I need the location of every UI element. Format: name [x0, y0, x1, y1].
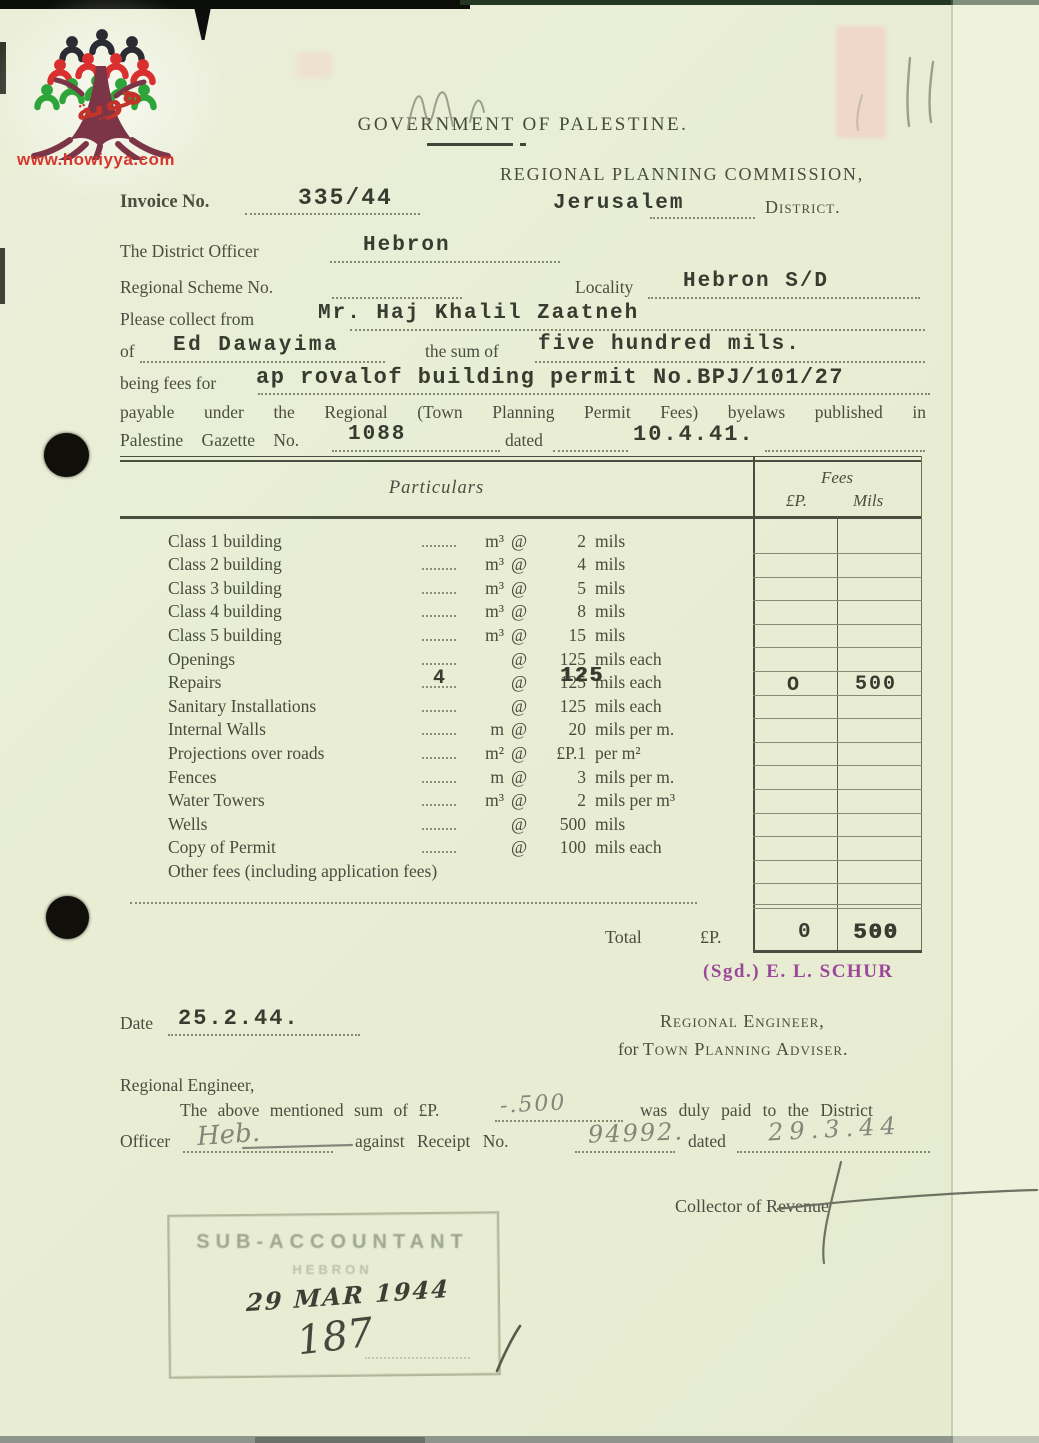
row-rate-number: 100: [534, 837, 586, 858]
row-leader-dots: [422, 757, 456, 759]
row-at-symbol: @: [504, 814, 534, 835]
paid-text-1: The above mentioned sum of £P.: [180, 1100, 439, 1121]
row-leader-dots: [422, 663, 456, 665]
row-leader-dots: [422, 568, 456, 570]
total-currency: £P.: [700, 927, 722, 948]
row-unit: m: [466, 719, 504, 740]
signed-stamp: (Sgd.) E. L. SCHUR: [703, 961, 894, 983]
row-name: Openings: [168, 649, 420, 670]
row-at-symbol: @: [504, 554, 534, 575]
row-name: Projections over roads: [168, 743, 420, 764]
pink-patch-2: [296, 52, 332, 78]
payable-line: payable under the Regional (Town Plannin…: [120, 402, 926, 423]
row-unit: m: [466, 767, 504, 788]
heading-underline: [427, 143, 513, 146]
district-value: Jerusalem: [553, 192, 684, 215]
row-rate-text: per m²: [586, 743, 745, 764]
row-rate-number: 2: [534, 531, 586, 552]
sum-value: five hundred mils.: [538, 333, 801, 356]
particulars-header: Particulars: [120, 478, 753, 499]
government-heading: GOVERNMENT OF PALESTINE.: [340, 114, 706, 136]
receipt-date-dots: [737, 1150, 930, 1153]
fee-cell-line: [753, 765, 922, 766]
fees-for-label: being fees for: [120, 373, 216, 394]
light-band-right: [953, 0, 1039, 1443]
officer-handwriting: Heb.: [196, 1118, 261, 1152]
row-name: Class 4 building: [168, 601, 420, 622]
stamp-number-handwriting: 187: [294, 1310, 375, 1365]
stamp-trailing-dots: [365, 1356, 470, 1359]
total-mils: 500: [853, 920, 899, 945]
gazette-date: 10.4.41.: [633, 422, 755, 447]
table-header-rule: [120, 516, 922, 519]
row-leader-dots: [422, 851, 456, 853]
receipt-label: against Receipt No.: [355, 1131, 509, 1152]
district-officer-dots: [330, 260, 560, 263]
sum-dots: [535, 360, 925, 363]
fees-for-dots: [258, 392, 930, 395]
table-top-rule-thick: [120, 460, 922, 463]
total-pounds: 0: [798, 921, 813, 944]
adviser-title: Town Planning Adviser.: [643, 1039, 849, 1059]
row-unit: m³: [466, 531, 504, 552]
document-page: هوية www.howiyya.com GOVERNMENT OF PALES…: [0, 0, 1039, 1443]
row-unit: m³: [466, 554, 504, 575]
row-at-symbol: @: [504, 578, 534, 599]
paid-amount-handwriting: -.500: [499, 1090, 567, 1118]
fee-table-row: Fencesm@3mils per m.: [168, 764, 745, 788]
howiyya-logo: هوية: [14, 8, 186, 160]
gazette-no-dots: [332, 449, 500, 452]
sum-label: the sum of: [425, 341, 499, 362]
receipt-no-dots: [575, 1150, 675, 1153]
fee-cell-line: [753, 671, 922, 672]
fee-table-row: Openings@125mils each: [168, 646, 745, 670]
row-at-symbol: @: [504, 649, 534, 670]
regional-engineer-title: Regional Engineer,: [660, 1011, 825, 1032]
fee-cell-line: [753, 904, 922, 905]
punch-hole-bottom: [46, 896, 89, 939]
row-rate-text: mils each: [586, 696, 745, 717]
row-at-symbol: @: [504, 625, 534, 646]
fee-table-row: Class 3 buildingm³@5mils: [168, 575, 745, 599]
row-leader-dots: [422, 781, 456, 783]
fee-table-row: Other fees (including application fees): [168, 858, 745, 882]
invoice-value: 335/44: [298, 185, 393, 211]
gazette-dated-label: dated: [505, 430, 543, 451]
district-label: District.: [765, 197, 841, 218]
row-rate-text: mils: [586, 578, 745, 599]
scheme-label: Regional Scheme No.: [120, 277, 273, 298]
row-rate-number: 4: [534, 554, 586, 575]
invoice-dots: [245, 212, 420, 215]
row-leader-dots: [422, 710, 456, 712]
fee-cell-line: [753, 742, 922, 743]
row-unit: m³: [466, 790, 504, 811]
gazette-dated-dots: [553, 449, 628, 452]
fees-for-value: ap rovalof building permit No.BPJ/101/27: [256, 365, 844, 390]
fee-cell-line: [753, 577, 922, 578]
stamp-line1: SUB-ACCOUNTANT: [180, 1231, 485, 1254]
row-name: Sanitary Installations: [168, 696, 420, 717]
fee-table-row: Internal Wallsm@20mils per m.: [168, 717, 745, 741]
repairs-qty: 4: [433, 667, 447, 690]
for-word: for: [618, 1039, 638, 1059]
table-filler-dots: [130, 901, 697, 904]
for-adviser-line: for Town Planning Adviser.: [618, 1039, 849, 1060]
row-at-symbol: @: [504, 672, 534, 693]
fee-table-row: Wells@500mils: [168, 811, 745, 835]
row-unit: m³: [466, 578, 504, 599]
row-rate-number: 20: [534, 719, 586, 740]
row-rate-text: mils per m.: [586, 719, 745, 740]
row-name: Repairs: [168, 672, 420, 693]
row-rate-number: £P.1: [534, 743, 586, 764]
fee-cell-line: [753, 883, 922, 884]
scan-bottom-smudge: [255, 1437, 425, 1443]
fee-table-row: Class 1 buildingm³@2mils: [168, 528, 745, 552]
district-officer-label: The District Officer: [120, 241, 259, 262]
row-name: Class 5 building: [168, 625, 420, 646]
fee-table-row: Sanitary Installations@125mils each: [168, 693, 745, 717]
row-rate-text: mils: [586, 601, 745, 622]
row-rate-number: 125: [534, 696, 586, 717]
row-leader-dots: [422, 545, 456, 547]
row-leader-dots: [422, 733, 456, 735]
fee-table-row: Class 5 buildingm³@15mils: [168, 622, 745, 646]
scan-bottom-bar: [0, 1436, 1039, 1443]
fee-cell-line: [753, 908, 922, 909]
row-unit: m²: [466, 743, 504, 764]
row-name: Copy of Permit: [168, 837, 420, 858]
row-at-symbol: @: [504, 719, 534, 740]
collector-title: Collector of Revenue: [675, 1196, 829, 1217]
row-rate-text: mils each: [586, 672, 745, 693]
pounds-header: £P.: [786, 491, 807, 511]
row-leader-dots: [422, 828, 456, 830]
fees-header: Fees: [753, 468, 921, 488]
row-rate-text: mils: [586, 531, 745, 552]
receipt-dated-label: dated: [688, 1131, 726, 1152]
district-dots: [650, 216, 755, 219]
fee-cell-line: [753, 600, 922, 601]
row-at-symbol: @: [504, 743, 534, 764]
row-leader-dots: [422, 639, 456, 641]
table-top-rule-thin: [120, 456, 922, 457]
fee-cell-line: [753, 718, 922, 719]
addressee: Regional Engineer,: [120, 1075, 254, 1096]
row-name: Water Towers: [168, 790, 420, 811]
row-rate-text: mils per m.: [586, 767, 745, 788]
fee-cell-line: [753, 789, 922, 790]
fee-cell-line: [753, 813, 922, 814]
row-name: Class 2 building: [168, 554, 420, 575]
table-bottom-rule: [753, 950, 922, 953]
repairs-fee-pounds: O: [787, 674, 801, 697]
date-label: Date: [120, 1013, 153, 1034]
fee-table-row: Class 4 buildingm³@8mils: [168, 599, 745, 623]
row-rate-number: 5: [534, 578, 586, 599]
fee-cell-line: [753, 860, 922, 861]
collect-label: Please collect from: [120, 309, 254, 330]
heading-underline-dot: [520, 143, 526, 146]
fee-cell-line: [753, 836, 922, 837]
date-value: 25.2.44.: [178, 1006, 300, 1031]
fee-table-row: Water Towersm³@2mils per m³: [168, 788, 745, 812]
pencil-mark-11a: [907, 58, 910, 126]
row-unit: m³: [466, 625, 504, 646]
row-at-symbol: @: [504, 837, 534, 858]
row-rate-number: 500: [534, 814, 586, 835]
fee-table-row: Projections over roadsm²@£P.1per m²: [168, 740, 745, 764]
gazette-no: 1088: [348, 423, 406, 446]
of-label: of: [120, 341, 135, 362]
fee-table-row: Repairs@125mils each: [168, 670, 745, 694]
receipt-date-handwriting: 29.3.44: [767, 1112, 902, 1147]
row-at-symbol: @: [504, 601, 534, 622]
row-name: Class 3 building: [168, 578, 420, 599]
mils-header: Mils: [853, 491, 883, 511]
total-label: Total: [605, 927, 642, 948]
row-rate-number: 8: [534, 601, 586, 622]
gazette-label: Palestine Gazette No.: [120, 430, 299, 451]
row-unit: m³: [466, 601, 504, 622]
howiyya-tree-icon: هوية: [14, 8, 186, 160]
officer-label: Officer: [120, 1131, 170, 1152]
row-rate-number: 15: [534, 625, 586, 646]
pink-patch-1: [836, 26, 886, 138]
row-rate-number: 3: [534, 767, 586, 788]
fee-cell-line: [753, 624, 922, 625]
row-name: Class 1 building: [168, 531, 420, 552]
row-rate-text: mils: [586, 554, 745, 575]
particulars-rows: Class 1 buildingm³@2milsClass 2 building…: [168, 528, 745, 882]
row-leader-dots: [422, 615, 456, 617]
row-at-symbol: @: [504, 531, 534, 552]
locality-label: Locality: [575, 277, 633, 298]
scan-edge-mark-2: [0, 248, 5, 304]
date-dots: [168, 1033, 360, 1036]
collect-dots: [350, 328, 925, 331]
pencil-mark-11b: [930, 62, 933, 122]
row-at-symbol: @: [504, 696, 534, 717]
row-name: Wells: [168, 814, 420, 835]
collect-value: Mr. Haj Khalil Zaatneh: [318, 302, 639, 325]
row-name: Other fees (including application fees): [168, 861, 437, 882]
row-rate-number: 2: [534, 790, 586, 811]
row-rate-text: mils each: [586, 837, 745, 858]
fee-cell-line: [753, 647, 922, 648]
row-rate-text: mils: [586, 625, 745, 646]
table-vline-mid: [837, 517, 838, 950]
row-rate-text: mils each: [586, 649, 745, 670]
row-leader-dots: [422, 804, 456, 806]
district-officer-value: Hebron: [363, 234, 451, 257]
of-dots: [140, 360, 385, 363]
receipt-no-handwriting: 94992.: [588, 1117, 685, 1148]
row-at-symbol: @: [504, 790, 534, 811]
of-value: Ed Dawayima: [173, 334, 339, 357]
logo-site-url: www.howiyya.com: [17, 150, 175, 170]
locality-dots: [648, 296, 920, 299]
gazette-end-dots: [765, 449, 925, 452]
row-name: Fences: [168, 767, 420, 788]
repairs-rate-overstrike: 125: [560, 665, 604, 688]
table-vline-left: [753, 456, 755, 953]
commission-heading: REGIONAL PLANNING COMMISSION,: [462, 164, 902, 185]
fee-table-row: Class 2 buildingm³@4mils: [168, 552, 745, 576]
fee-table-row: Copy of Permit@100mils each: [168, 835, 745, 859]
locality-value: Hebron S/D: [683, 270, 829, 293]
row-at-symbol: @: [504, 767, 534, 788]
row-leader-dots: [422, 592, 456, 594]
invoice-label: Invoice No.: [120, 192, 209, 213]
table-vline-right: [921, 456, 922, 953]
punch-hole-top: [44, 433, 89, 477]
row-rate-text: mils per m³: [586, 790, 745, 811]
scheme-dots: [332, 296, 462, 299]
row-name: Internal Walls: [168, 719, 420, 740]
fee-cell-line: [753, 553, 922, 554]
repairs-fee-mils: 500: [855, 673, 897, 696]
row-rate-text: mils: [586, 814, 745, 835]
